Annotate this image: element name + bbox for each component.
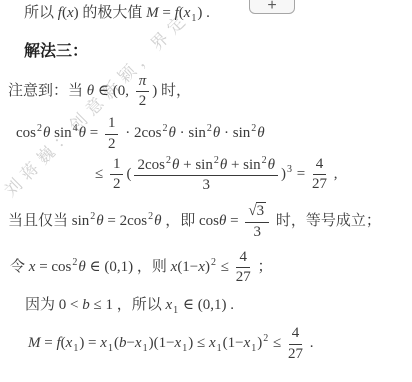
line-amgm-bound: ≤ 12(2cos2θ + sin2θ + sin2θ3)3 = 427 , <box>95 155 412 195</box>
line-substitution: 令 x = cos2θ ∈ (0,1) ，则 x(1−x)2 ≤ 427 ； <box>10 249 412 287</box>
document-body: 所以 f(x) 的极大值 M = f(x1) .解法三：注意到：当 θ ∈ (0… <box>0 0 412 363</box>
add-button[interactable]: + <box>249 0 295 14</box>
line-note-theta: 注意到：当 θ ∈ (0, π2) 时， <box>8 73 412 111</box>
page: 刘蒋巍：创意新颖，界定 + 所以 f(x) 的极大值 M = f(x1) .解法… <box>0 0 412 382</box>
heading-method-3: 解法三： <box>24 42 412 63</box>
line-final-bound: M = f(x1) = x1(b−x1)(1−x1) ≤ x1(1−x1)2 ≤… <box>28 325 412 363</box>
conclusion-line: 所以 f(x) 的极大值 M = f(x1) . <box>24 4 412 25</box>
line-cos-sin-identity: cos2θ sin4θ = 12 · 2cos2θ · sin2θ · sin2… <box>16 115 412 153</box>
line-equality-condition: 当且仅当 sin2θ = 2cos2θ ，即 cosθ = √33 时，等号成立… <box>8 203 412 241</box>
line-b-range: 因为 0 < b ≤ 1 ，所以 x1 ∈ (0,1) . <box>25 296 412 317</box>
